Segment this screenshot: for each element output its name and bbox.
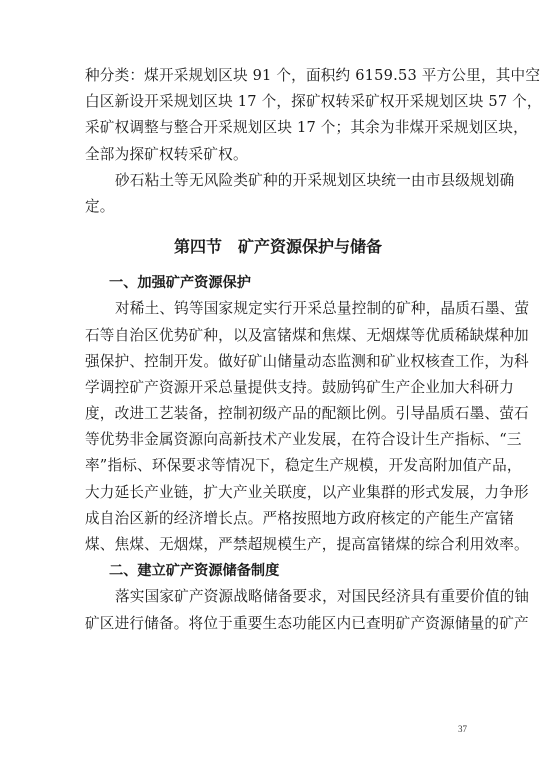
paragraph-reserve: 落实国家矿产资源战略储备要求，对国民经济具有重要价值的铀 矿区进行储备。将位于重…	[85, 584, 471, 636]
paragraph-planning-blocks: 种分类：煤开采规划区块 91 个，面积约 6159.53 平方公里，其中空 白区…	[85, 63, 471, 168]
text-line: 白区新设开采规划区块 17 个，探矿权转采矿权开采规划区块 57 个，	[85, 89, 471, 115]
text-line: 率”指标、环保要求等情况下，稳定生产规模，开发高附加值产品，	[85, 453, 471, 479]
text-line: 矿区进行储备。将位于重要生态功能区内已查明矿产资源储量的矿产	[85, 611, 471, 637]
text-line: 定。	[85, 194, 471, 220]
paragraph-sand-gravel: 砂石粘土等无风险类矿种的开采规划区块统一由市县级规划确 定。	[85, 168, 471, 220]
text-line: 大力延长产业链，扩大产业关联度，以产业集群的形式发展，力争形	[85, 480, 471, 506]
text-line: 砂石粘土等无风险类矿种的开采规划区块统一由市县级规划确	[85, 168, 471, 194]
document-page: 种分类：煤开采规划区块 91 个，面积约 6159.53 平方公里，其中空 白区…	[0, 0, 553, 782]
text-line: 石等自治区优势矿种，以及富锗煤和焦煤、无烟煤等优质稀缺煤种加	[85, 323, 471, 349]
text-line: 等优势非金属资源向高新技术产业发展，在符合设计生产指标、“三	[85, 427, 471, 453]
text-line: 落实国家矿产资源战略储备要求，对国民经济具有重要价值的铀	[85, 584, 471, 610]
text-line: 对稀土、钨等国家规定实行开采总量控制的矿种，晶质石墨、萤	[85, 296, 471, 322]
text-line: 度，改进工艺装备，控制初级产品的配额比例。引导晶质石墨、萤石	[85, 401, 471, 427]
text-line: 学调控矿产资源开采总量提供支持。鼓励钨矿生产企业加大科研力	[85, 375, 471, 401]
text-line: 煤、焦煤、无烟煤，严禁超规模生产，提高富锗煤的综合利用效率。	[85, 532, 471, 558]
subsection-heading-reserve: 二、建立矿产资源储备制度	[85, 558, 471, 584]
text-line: 采矿权调整与整合开采规划区块 17 个；其余为非煤开采规划区块，	[85, 115, 471, 141]
subsection-heading-protection: 一、加强矿产资源保护	[85, 270, 471, 296]
page-number: 37	[458, 724, 467, 734]
text-line: 成自治区新的经济增长点。严格按照地方政府核定的产能生产富锗	[85, 506, 471, 532]
section-title: 第四节 矿产资源保护与储备	[85, 224, 471, 270]
paragraph-protection: 对稀土、钨等国家规定实行开采总量控制的矿种，晶质石墨、萤 石等自治区优势矿种，以…	[85, 296, 471, 558]
text-line: 全部为探矿权转采矿权。	[85, 142, 471, 168]
text-line: 强保护、控制开发。做好矿山储量动态监测和矿业权核查工作，为科	[85, 349, 471, 375]
text-line: 种分类：煤开采规划区块 91 个，面积约 6159.53 平方公里，其中空	[85, 63, 471, 89]
page-content: 种分类：煤开采规划区块 91 个，面积约 6159.53 平方公里，其中空 白区…	[85, 63, 471, 637]
